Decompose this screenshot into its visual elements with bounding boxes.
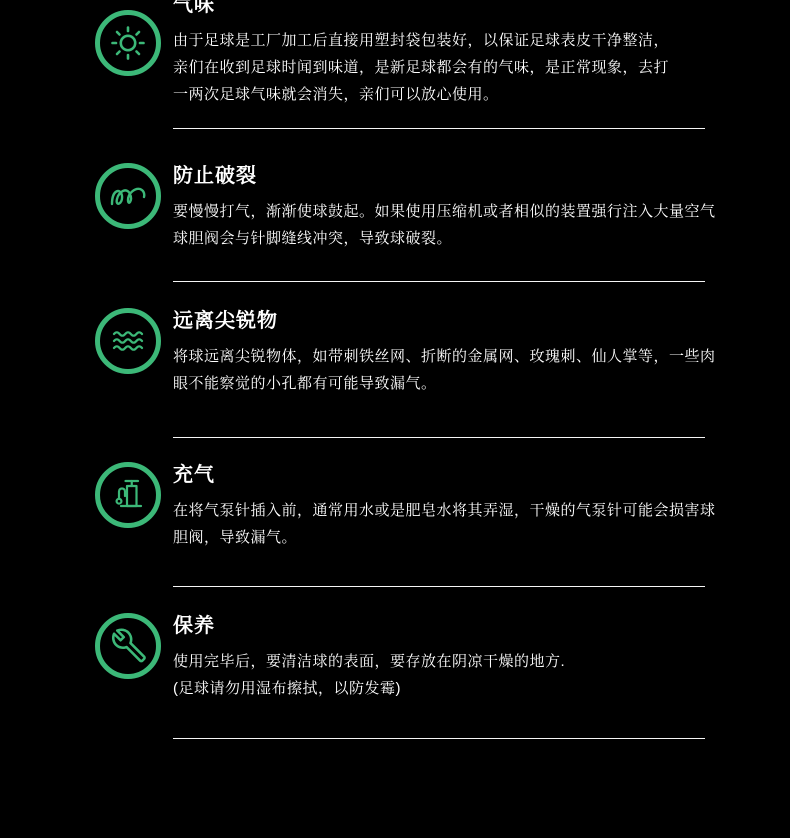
wrench-icon [108, 626, 148, 666]
care-section-maintenance: 保养 使用完毕后，要清洁球的表面，要存放在阴凉干燥的地方. (足球请勿用湿布擦拭… [0, 613, 790, 702]
care-section-odor: 气味 由于足球是工厂加工后直接用塑封袋包装好，以保证足球表皮干净整洁， 亲们在收… [0, 0, 790, 108]
body-line: 要慢慢打气，渐渐使球鼓起。如果使用压缩机或者相似的装置强行注入大量空气 [173, 198, 716, 225]
maintenance-text-block: 保养 使用完毕后，要清洁球的表面，要存放在阴凉干燥的地方. (足球请勿用湿布擦拭… [173, 613, 565, 702]
body-line: 在将气泵针插入前，通常用水或是肥皂水将其弄湿，干燥的气泵针可能会损害球 [173, 497, 716, 524]
pump-icon [108, 475, 148, 515]
rupture-icon-circle [95, 163, 161, 229]
divider [173, 128, 705, 129]
section-title: 充气 [173, 462, 716, 488]
body-line: 一两次足球气味就会消失，亲们可以放心使用。 [173, 81, 669, 108]
care-instructions-page: 气味 由于足球是工厂加工后直接用塑封袋包装好，以保证足球表皮干净整洁， 亲们在收… [0, 0, 790, 838]
body-line: 由于足球是工厂加工后直接用塑封袋包装好，以保证足球表皮干净整洁， [173, 27, 669, 54]
sun-icon [108, 23, 148, 63]
care-section-prevent-rupture: 防止破裂 要慢慢打气，渐渐使球鼓起。如果使用压缩机或者相似的装置强行注入大量空气… [0, 163, 790, 252]
divider [173, 738, 705, 739]
odor-icon-circle [95, 10, 161, 76]
section-title: 远离尖锐物 [173, 308, 716, 334]
body-line: 将球远离尖锐物体，如带刺铁丝网、折断的金属网、玫瑰刺、仙人掌等，一些肉 [173, 343, 716, 370]
ripples-icon [108, 321, 148, 361]
rupture-text-block: 防止破裂 要慢慢打气，渐渐使球鼓起。如果使用压缩机或者相似的装置强行注入大量空气… [173, 163, 716, 252]
body-line: 胆阀，导致漏气。 [173, 524, 716, 551]
body-line: 眼不能察觉的小孔都有可能导致漏气。 [173, 370, 716, 397]
divider [173, 586, 705, 587]
body-line: 亲们在收到足球时闻到味道，是新足球都会有的气味，是正常现象，去打 [173, 54, 669, 81]
body-line: (足球请勿用湿布擦拭，以防发霉) [173, 675, 565, 702]
sharp-text-block: 远离尖锐物 将球远离尖锐物体，如带刺铁丝网、折断的金属网、玫瑰刺、仙人掌等，一些… [173, 308, 716, 397]
maintenance-icon-circle [95, 613, 161, 679]
sharp-icon-circle [95, 308, 161, 374]
inflation-icon-circle [95, 462, 161, 528]
section-title: 保养 [173, 613, 565, 639]
section-title: 气味 [173, 0, 669, 18]
odor-text-block: 气味 由于足球是工厂加工后直接用塑封袋包装好，以保证足球表皮干净整洁， 亲们在收… [173, 0, 669, 108]
inflation-text-block: 充气 在将气泵针插入前，通常用水或是肥皂水将其弄湿，干燥的气泵针可能会损害球 胆… [173, 462, 716, 551]
care-section-sharp-objects: 远离尖锐物 将球远离尖锐物体，如带刺铁丝网、折断的金属网、玫瑰刺、仙人掌等，一些… [0, 308, 790, 397]
divider [173, 281, 705, 282]
section-title: 防止破裂 [173, 163, 716, 189]
body-line: 球胆阀会与针脚缝线冲突，导致球破裂。 [173, 225, 716, 252]
divider [173, 437, 705, 438]
body-line: 使用完毕后，要清洁球的表面，要存放在阴凉干燥的地方. [173, 648, 565, 675]
care-section-inflation: 充气 在将气泵针插入前，通常用水或是肥皂水将其弄湿，干燥的气泵针可能会损害球 胆… [0, 462, 790, 551]
wave-icon [108, 176, 148, 216]
